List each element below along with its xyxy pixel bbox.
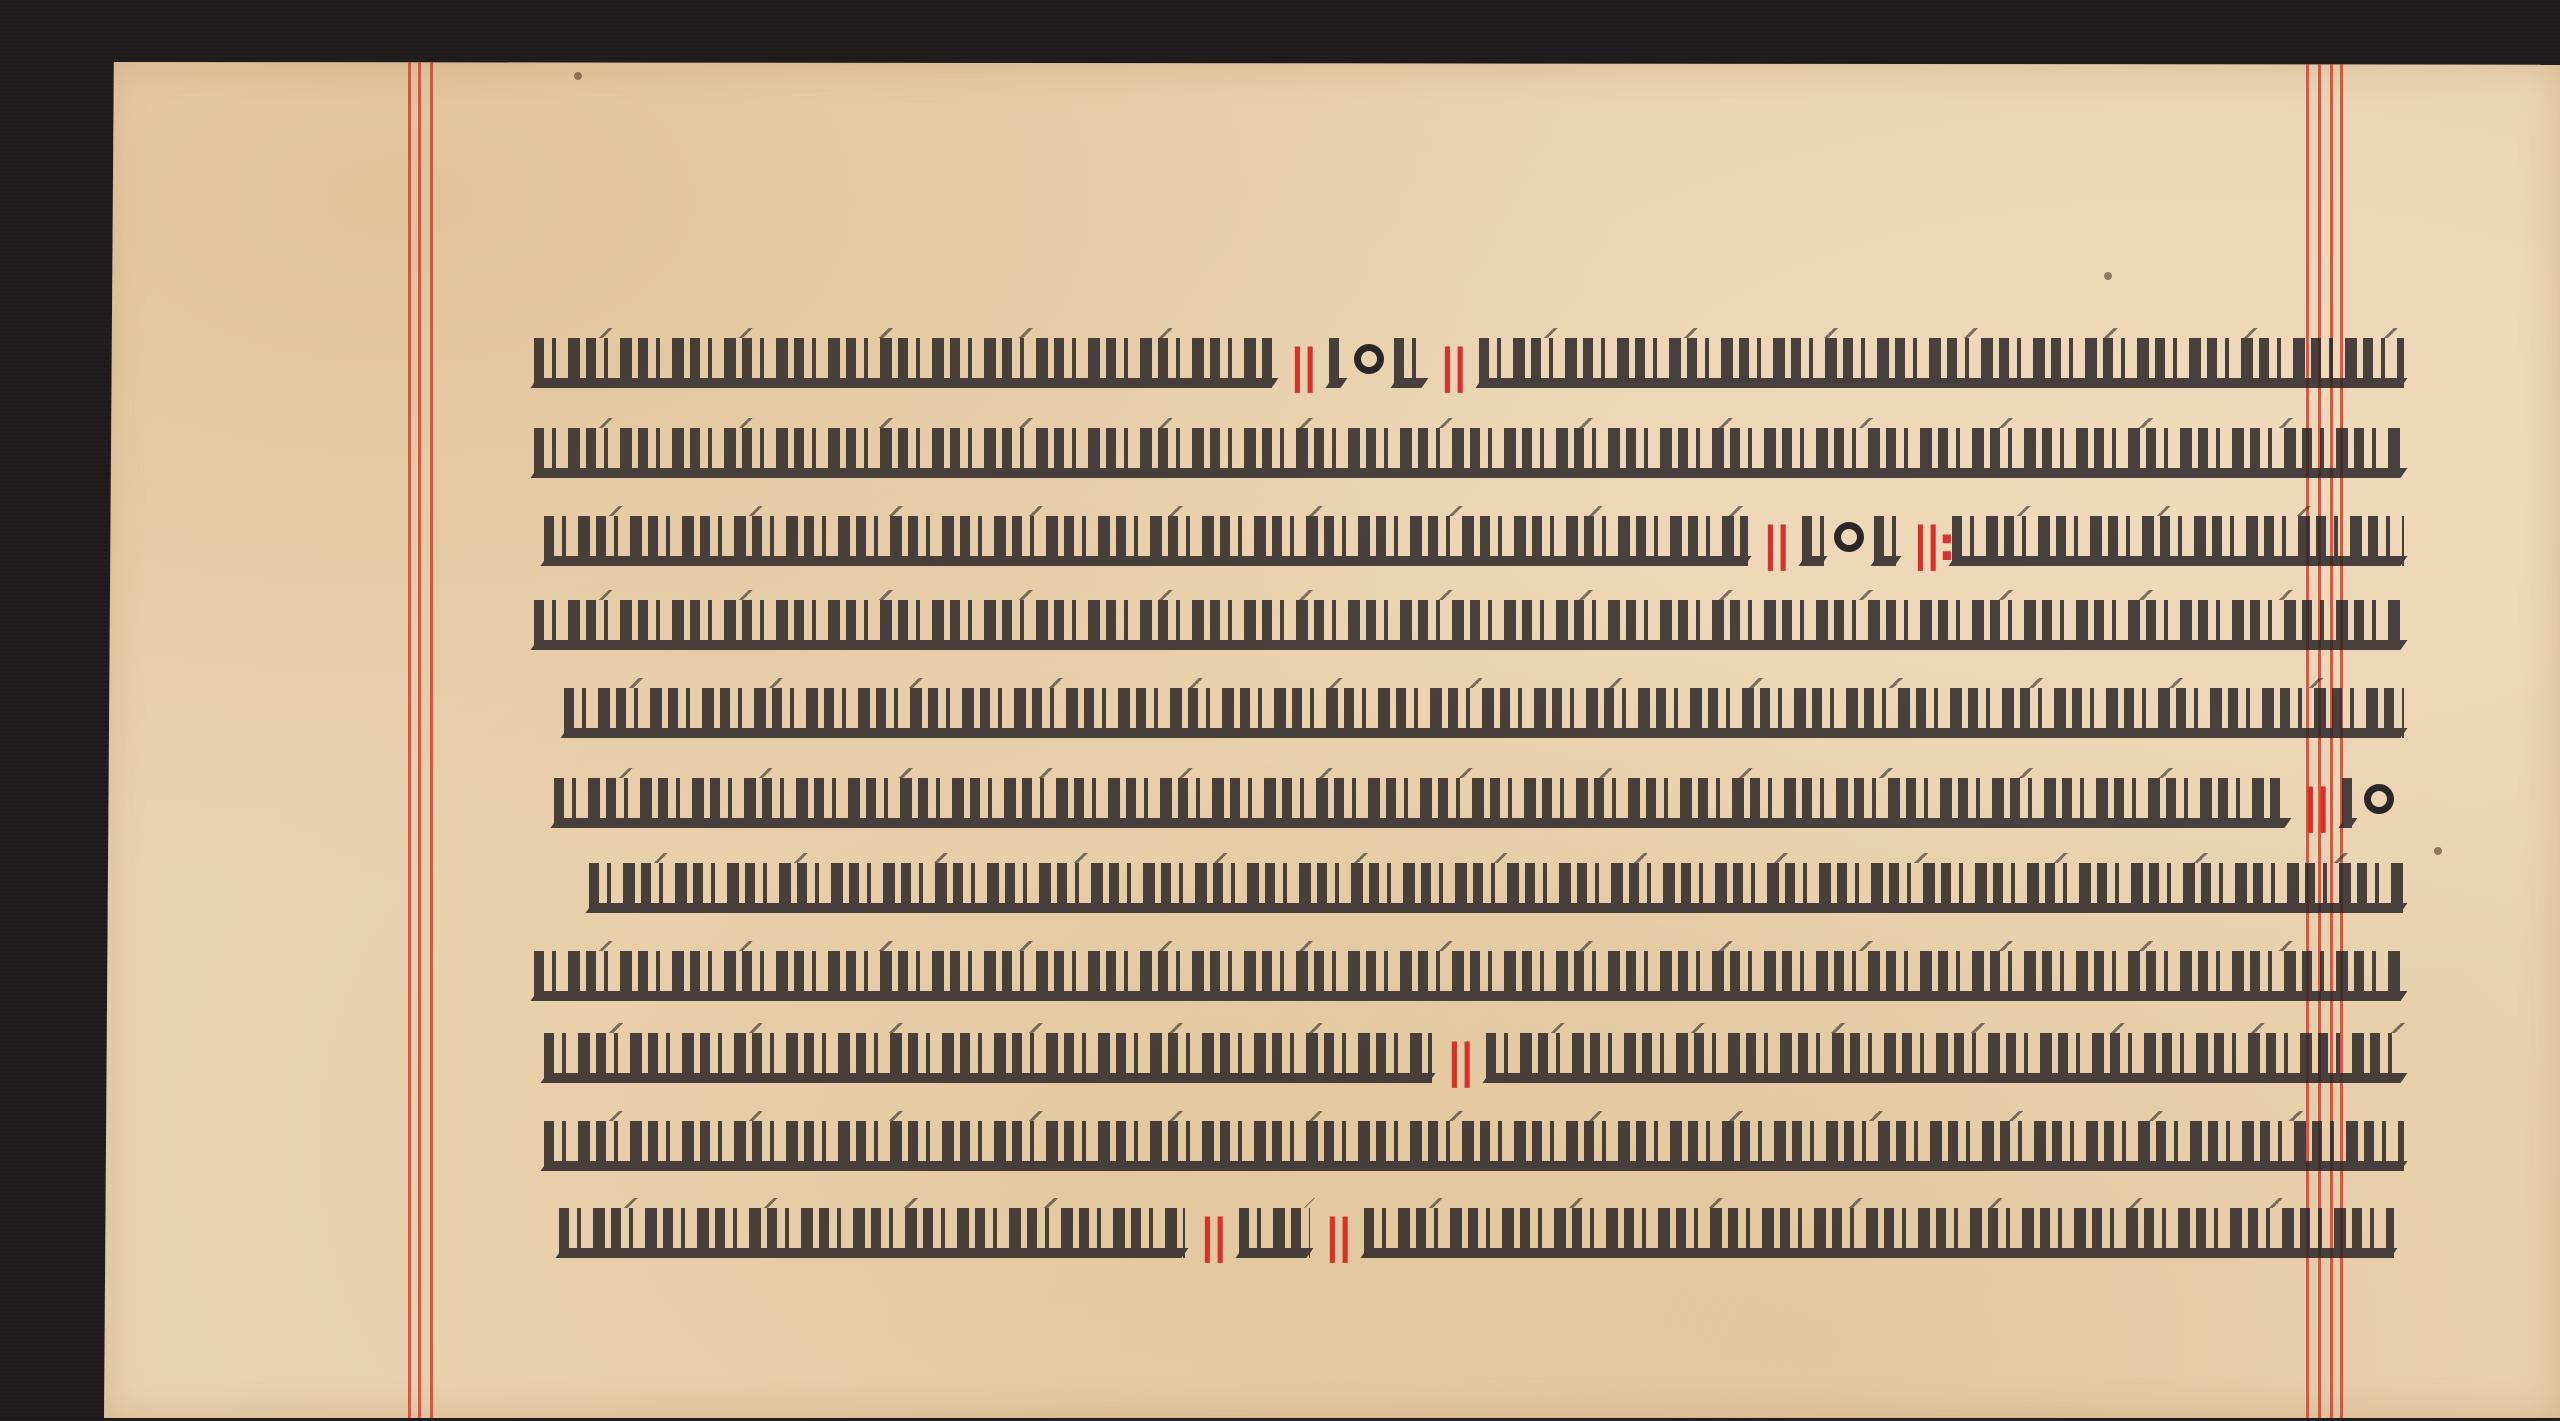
script-ink-segment (1952, 516, 2404, 566)
script-ink-segment (1486, 1033, 2404, 1083)
script-ink-segment (544, 1033, 1432, 1083)
script-ink-segment (1479, 338, 2404, 388)
script-ink-segment (554, 778, 2288, 828)
script-ink-segment (1329, 338, 1344, 388)
script-ink-segment (1364, 1208, 2394, 1258)
red-double-danda: || (1199, 1216, 1225, 1256)
script-ink-segment (559, 1208, 1185, 1258)
script-ink-segment (564, 688, 2404, 738)
script-ink-segment (534, 338, 1275, 388)
manuscript-line (534, 1115, 2404, 1177)
manuscript-line (534, 422, 2404, 484)
paper-speck (2104, 272, 2112, 280)
red-double-danda: || (1446, 1041, 1472, 1081)
manuscript-line (534, 682, 2404, 744)
script-ink-segment (534, 428, 2404, 478)
manuscript-line: |||| (534, 332, 2404, 394)
manuscript-line (534, 857, 2404, 919)
verse-number-mark (2364, 784, 2394, 814)
paper-speck (574, 72, 582, 80)
script-ink-segment (544, 1121, 2404, 1171)
manuscript-line: || (534, 1027, 2404, 1089)
manuscript-line: ||||: (534, 510, 2404, 572)
verse-number-mark (1354, 344, 1384, 374)
manuscript-folio: ||||||||:|||||||| Manuscript folio (104, 62, 2560, 1418)
script-ink-segment (1802, 516, 1824, 566)
manuscript-line: |||| (534, 1202, 2404, 1264)
manuscript-line (534, 594, 2404, 656)
manuscript-line: || (534, 772, 2404, 834)
script-ink-segment (2342, 778, 2354, 828)
red-double-danda: || (1289, 346, 1315, 386)
script-ink-segment (534, 600, 2404, 650)
script-ink-segment (1874, 516, 1898, 566)
red-ruling-line (408, 62, 411, 1418)
red-double-danda: || (1762, 524, 1788, 564)
script-ink-segment (544, 516, 1748, 566)
script-ink-segment (1394, 338, 1425, 388)
red-double-danda: || (1439, 346, 1465, 386)
red-double-danda: || (2302, 786, 2328, 826)
red-double-danda: ||: (1912, 524, 1938, 564)
script-ink-segment (1239, 1208, 1310, 1258)
red-ruling-line (430, 62, 433, 1418)
script-ink-segment (534, 951, 2404, 1001)
paper-speck (2434, 847, 2442, 855)
verse-number-mark (1834, 522, 1864, 552)
red-ruling-line (418, 62, 421, 1418)
red-double-danda: || (1324, 1216, 1350, 1256)
manuscript-line (534, 945, 2404, 1007)
script-ink-segment (589, 863, 2404, 913)
